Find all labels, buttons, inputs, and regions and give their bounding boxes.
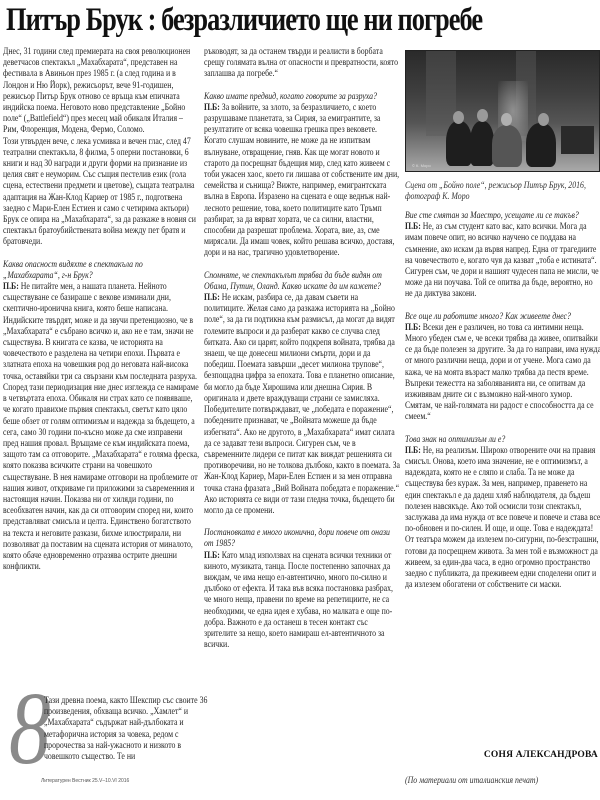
article-column-2: ръководят, за да останем твърди и реалис… <box>204 46 400 650</box>
paragraph-gap <box>405 423 600 434</box>
interview-question: Постановката е много иконична, дори пове… <box>204 527 400 549</box>
speaker-initials: П.Б: <box>405 221 423 231</box>
article-column-3: Вие сте смятан за Маестро, усещате ли се… <box>405 210 600 591</box>
interview-question: Каква опасност видяхте в спектакъла по „… <box>3 259 199 281</box>
article-column-1: Днес, 31 години след премиерата на своя … <box>3 46 199 572</box>
paragraph-gap <box>204 516 400 527</box>
interview-answer: П.Б: Не искам, разбира се, да давам съве… <box>204 292 400 516</box>
answer-text: Като млад използвах на сцената всички те… <box>204 550 393 650</box>
interview-question: Това знак на оптимизъм ли е? <box>405 434 600 445</box>
interview-answer: П.Б: Като млад използвах на сцената всич… <box>204 550 400 651</box>
interview-answer: П.Б: Не, аз съм студент като вас, като в… <box>405 221 600 299</box>
article-headline: Питър Брук : безразличието ще ни погребе <box>6 0 486 44</box>
author-byline: СОНЯ АЛЕКСАНДРОВА <box>484 750 598 760</box>
photo-caption: Сцена от „Бойно поле“, режисьор Питър Бр… <box>405 180 600 202</box>
answer-text: Не искам, разбира се, да давам съвети на… <box>204 292 400 515</box>
paragraph-gap <box>204 80 400 91</box>
answer-text: Не, аз съм студент като вас, като всички… <box>405 221 599 298</box>
interview-question: Спомняте, че спектакълът трябва да бъде … <box>204 270 400 292</box>
speaker-initials: П.Б: <box>3 281 21 291</box>
speaker-initials: П.Б: <box>405 322 423 332</box>
body-paragraph: ръководят, за да останем твърди и реалис… <box>204 46 400 80</box>
interview-answer: П.Б: За войните, за злото, за безразличи… <box>204 102 400 259</box>
answer-text: За войните, за злото, за безразличието, … <box>204 102 399 258</box>
paragraph-gap <box>204 259 400 270</box>
interview-answer: П.Б: Не, на реализъм. Широко отворените … <box>405 445 600 591</box>
interview-question: Все още ли работите много? Как живеете д… <box>405 311 600 322</box>
speaker-initials: П.Б: <box>204 550 222 560</box>
body-paragraph: Този утвърден вече, с лека усмивка и веч… <box>3 136 199 248</box>
speaker-initials: П.Б: <box>405 445 423 455</box>
paragraph-gap <box>3 248 199 259</box>
photo-credit: © К. Моро <box>412 163 431 168</box>
source-note: (По материали от италианския печат) <box>405 775 538 785</box>
speaker-initials: П.Б: <box>204 292 222 302</box>
stage-photo: © К. Моро <box>405 50 600 172</box>
paragraph-gap <box>405 300 600 311</box>
interview-answer: П.Б: Всеки ден е различен, но това са ин… <box>405 322 600 423</box>
publication-footer: Литературен Вестник 25.V–10.VI 2016 <box>41 778 129 784</box>
interview-answer: П.Б: Не питайте мен, а нашата планета. Н… <box>3 281 199 572</box>
answer-text: Не, на реализъм. Широко отворените очи н… <box>405 445 600 589</box>
answer-text: Не питайте мен, а нашата планета. Нейнот… <box>3 281 199 571</box>
speaker-initials: П.Б: <box>204 102 222 112</box>
body-paragraph: Днес, 31 години след премиерата на своя … <box>3 46 199 136</box>
dropcap-paragraph: Тази древна поема, както Шекспир със сво… <box>44 695 212 762</box>
interview-question: Вие сте смятан за Маестро, усещате ли се… <box>405 210 600 221</box>
interview-question: Какво имате предвид, когато говорите за … <box>204 91 400 102</box>
answer-text: Всеки ден е различен, но това са интимни… <box>405 322 600 422</box>
